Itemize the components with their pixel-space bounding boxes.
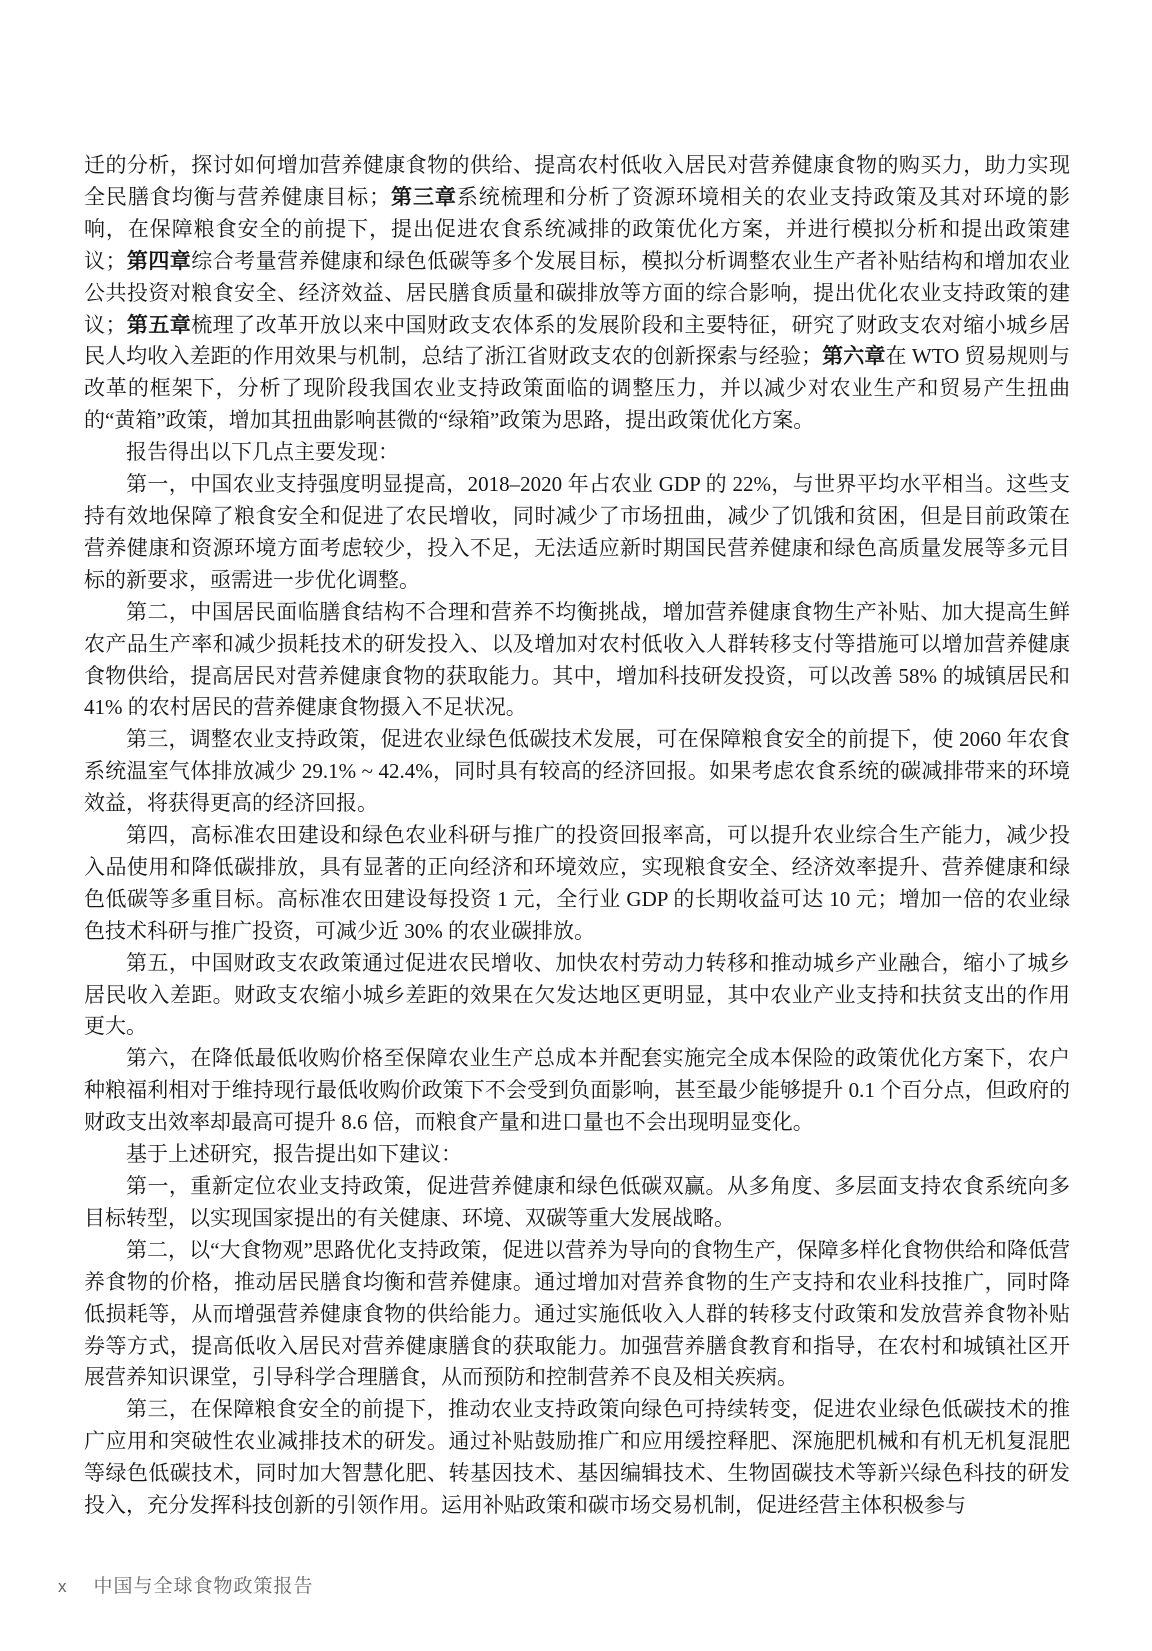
- body-text-segment: 第四，高标准农田建设和绿色农业科研与推广的投资回报率高，可以提升农业综合生产能力…: [84, 823, 1070, 943]
- body-text-segment: 第一，中国农业支持强度明显提高，2018–2020 年占农业 GDP 的 22%…: [84, 472, 1070, 592]
- chapter-label: 第六章: [822, 345, 885, 368]
- paragraph: 第四，高标准农田建设和绿色农业科研与推广的投资回报率高，可以提升农业综合生产能力…: [84, 820, 1070, 948]
- chapter-label: 第四章: [126, 250, 191, 273]
- body-text-segment: 第一，重新定位农业支持政策，促进营养健康和绿色低碳双赢。从多角度、多层面支持农食…: [84, 1174, 1070, 1230]
- paragraph: 第一，重新定位农业支持政策，促进营养健康和绿色低碳双赢。从多角度、多层面支持农食…: [84, 1171, 1070, 1235]
- paragraph: 基于上述研究，报告提出如下建议：: [84, 1139, 1070, 1171]
- paragraph: 第六，在降低最低收购价格至保障农业生产总成本并配套实施完全成本保险的政策优化方案…: [84, 1043, 1070, 1139]
- paragraph: 第一，中国农业支持强度明显提高，2018–2020 年占农业 GDP 的 22%…: [84, 469, 1070, 597]
- body-text-segment: 第五，中国财政支农政策通过促进农民增收、加快农村劳动力转移和推动城乡产业融合，缩…: [84, 951, 1070, 1039]
- page-number: x: [58, 1577, 67, 1597]
- paragraph: 第五，中国财政支农政策通过促进农民增收、加快农村劳动力转移和推动城乡产业融合，缩…: [84, 948, 1070, 1044]
- page-footer: x 中国与全球食物政策报告: [58, 1571, 314, 1598]
- chapter-label: 第五章: [126, 314, 191, 337]
- paragraph: 第三，调整农业支持政策，促进农业绿色低碳技术发展，可在保障粮食安全的前提下，使 …: [84, 724, 1070, 820]
- paragraph: 迁的分析，探讨如何增加营养健康食物的供给、提高农村低收入居民对营养健康食物的购买…: [84, 150, 1070, 437]
- body-text-segment: 第二，中国居民面临膳食结构不合理和营养不均衡挑战，增加营养健康食物生产补贴、加大…: [84, 600, 1070, 720]
- paragraph: 第二，以“大食物观”思路优化支持政策，促进以营养为导向的食物生产，保障多样化食物…: [84, 1235, 1070, 1395]
- body-text-segment: 报告得出以下几点主要发现：: [126, 440, 399, 464]
- body-text-segment: 第六，在降低最低收购价格至保障农业生产总成本并配套实施完全成本保险的政策优化方案…: [84, 1046, 1070, 1134]
- document-page: 迁的分析，探讨如何增加营养健康食物的供给、提高农村低收入居民对营养健康食物的购买…: [0, 0, 1152, 1651]
- document-body: 迁的分析，探讨如何增加营养健康食物的供给、提高农村低收入居民对营养健康食物的购买…: [84, 150, 1070, 1522]
- body-text-segment: 第三，在保障粮食安全的前提下，推动农业支持政策向绿色可持续转变，促进农业绿色低碳…: [84, 1397, 1070, 1517]
- paragraph: 报告得出以下几点主要发现：: [84, 437, 1070, 469]
- body-text-segment: 第三，调整农业支持政策，促进农业绿色低碳技术发展，可在保障粮食安全的前提下，使 …: [84, 727, 1070, 815]
- chapter-label: 第三章: [390, 186, 457, 209]
- body-text-segment: 基于上述研究，报告提出如下建议：: [126, 1142, 462, 1166]
- footer-report-title: 中国与全球食物政策报告: [94, 1571, 314, 1598]
- body-text-segment: 第二，以“大食物观”思路优化支持政策，促进以营养为导向的食物生产，保障多样化食物…: [84, 1238, 1070, 1390]
- paragraph: 第三，在保障粮食安全的前提下，推动农业支持政策向绿色可持续转变，促进农业绿色低碳…: [84, 1394, 1070, 1522]
- paragraph: 第二，中国居民面临膳食结构不合理和营养不均衡挑战，增加营养健康食物生产补贴、加大…: [84, 597, 1070, 725]
